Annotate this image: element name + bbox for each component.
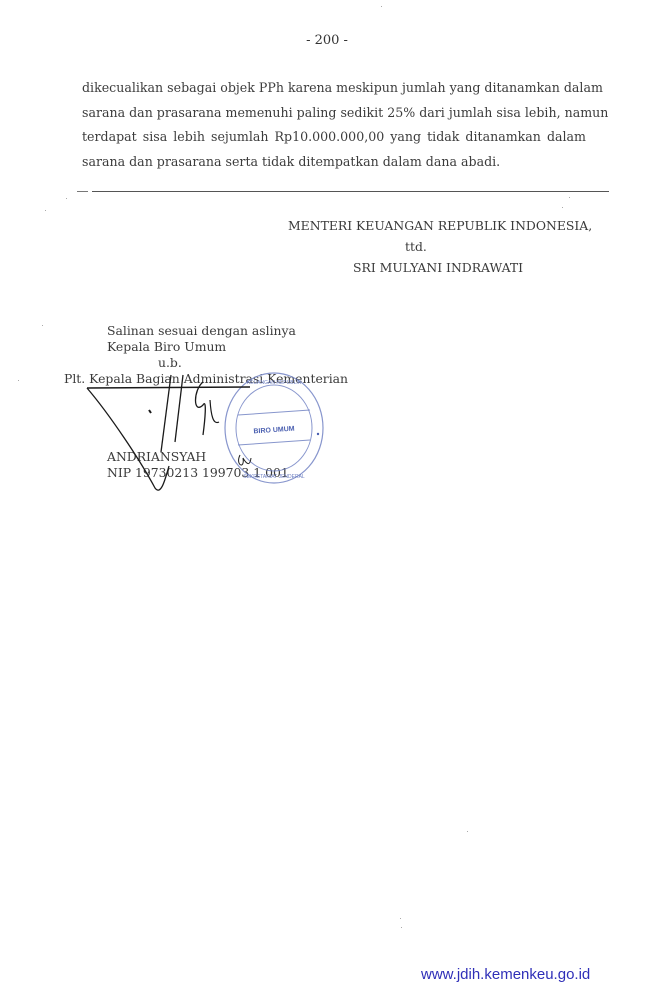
copy-line-2: Kepala Biro Umum (62, 339, 348, 355)
footer-url-link[interactable]: www.jdih.kemenkeu.go.id (421, 966, 590, 983)
copy-line-1: Salinan sesuai dengan aslinya (62, 323, 348, 339)
svg-text:BIRO UMUM: BIRO UMUM (253, 426, 295, 436)
page-number: - 200 - (0, 33, 654, 48)
body-line: sarana dan prasarana memenuhi paling sed… (82, 101, 586, 126)
svg-text:KEUANGAN REPUBLIK: KEUANGAN REPUBLIK (247, 380, 302, 386)
body-line: sarana dan prasarana serta tidak ditempa… (82, 150, 586, 175)
body-line: terdapat sisa lebih sejumlah Rp10.000.00… (82, 125, 586, 150)
handwritten-signature-icon (85, 370, 255, 500)
signatory-block: MENTERI KEUANGAN REPUBLIK INDONESIA, ttd… (280, 215, 600, 278)
section-divider (92, 191, 609, 192)
copy-line-ub: u.b. (62, 355, 348, 371)
signatory-title: MENTERI KEUANGAN REPUBLIK INDONESIA, (280, 215, 600, 236)
body-paragraph: dikecualikan sebagai objek PPh karena me… (82, 76, 586, 174)
divider-dash (77, 191, 88, 192)
body-line: dikecualikan sebagai objek PPh karena me… (82, 76, 586, 101)
signatory-ttd: ttd. (280, 236, 600, 257)
signatory-name: SRI MULYANI INDRAWATI (280, 257, 600, 278)
